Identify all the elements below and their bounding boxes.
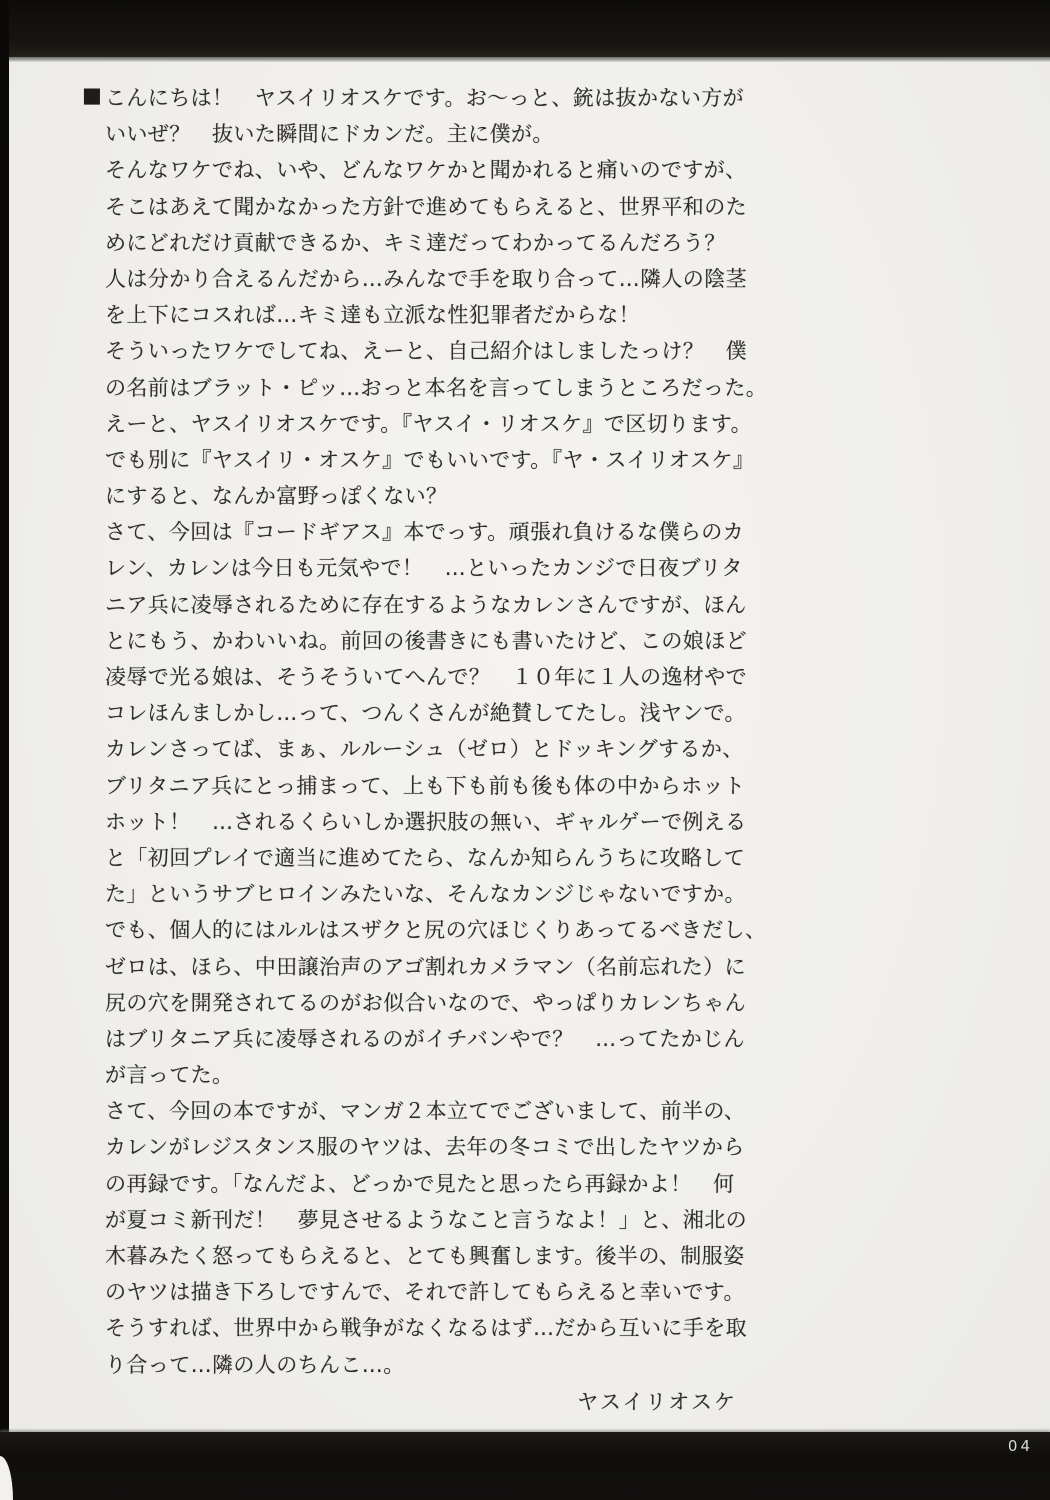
afterword-line: ニア兵に凌辱されるために存在するようなカレンさんですが、ほん xyxy=(105,587,755,623)
afterword-line: り合って…隣の人のちんこ…。 xyxy=(105,1347,755,1383)
afterword-line: と「初回プレイで適当に進めてたら、なんか知らんうちに攻略して xyxy=(105,840,755,876)
afterword-line: めにどれだけ貢献できるか、キミ達だってわかってるんだろう？ xyxy=(105,225,755,261)
afterword-line: を上下にコスれば…キミ達も立派な性犯罪者だからな！ xyxy=(105,297,755,333)
afterword-line: でも別に『ヤスイリ・オスケ』でもいいです。『ヤ・スイリオスケ』 xyxy=(105,442,755,478)
afterword-line: ブリタニア兵にとっ捕まって、上も下も前も後も体の中からホット xyxy=(105,768,755,804)
top-border-edge xyxy=(0,57,1050,62)
afterword-line: にすると、なんか富野っぽくない？ xyxy=(105,478,755,514)
afterword-line: ゼロは、ほら、中田譲治声のアゴ割れカメラマン（名前忘れた）に xyxy=(105,949,755,985)
afterword-line: えーと、ヤスイリオスケです。『ヤスイ・リオスケ』で区切ります。 xyxy=(105,406,755,442)
top-border-bar xyxy=(0,0,1050,57)
afterword-line: こんにちは！ ヤスイリオスケです。お～っと、銃は抜かない方が xyxy=(105,80,755,116)
author-signature: ヤスイリオスケ xyxy=(105,1386,737,1416)
afterword-line: 尻の穴を開発されてるのがお似合いなので、やっぱりカレンちゃん xyxy=(105,985,755,1021)
afterword-line: そうすれば、世界中から戦争がなくなるはず…だから互いに手を取 xyxy=(105,1310,755,1346)
afterword-lines: こんにちは！ ヤスイリオスケです。お～っと、銃は抜かない方がいいぜ？ 抜いた瞬間… xyxy=(105,80,755,1383)
page-number: 04 xyxy=(1008,1437,1033,1455)
afterword-line: はブリタニア兵に凌辱されるのがイチバンやで？ …ってたかじん xyxy=(105,1021,755,1057)
afterword-line: カレンさってば、まぁ、ルルーシュ（ゼロ）とドッキングするか、 xyxy=(105,731,755,767)
afterword-line: が夏コミ新刊だ！ 夢見させるようなこと言うなよ！」と、湘北の xyxy=(105,1202,755,1238)
afterword-line: そういったワケでしてね、えーと、自己紹介はしましたっけ？ 僕 xyxy=(105,333,755,369)
afterword-line: さて、今回の本ですが、マンガ２本立てでございまして、前半の、 xyxy=(105,1093,755,1129)
afterword-line: の名前はブラット・ピッ…おっと本名を言ってしまうところだった。 xyxy=(105,370,755,406)
afterword-line: た」というサブヒロインみたいな、そんなカンジじゃないですか。 xyxy=(105,876,755,912)
afterword-line: 人は分かり合えるんだから…みんなで手を取り合って…隣人の陰茎 xyxy=(105,261,755,297)
left-border-strip xyxy=(0,0,9,1500)
afterword-line: 凌辱で光る娘は、そうそういてへんで？ １０年に１人の逸材やで xyxy=(105,659,755,695)
bottom-border-bar: 04 xyxy=(0,1432,1050,1500)
afterword-line: レン、カレンは今日も元気やで！ …といったカンジで日夜ブリタ xyxy=(105,550,755,586)
afterword-line: のヤツは描き下ろしですんで、それで許してもらえると幸いです。 xyxy=(105,1274,755,1310)
afterword-line: さて、今回は『コードギアス』本でっす。頑張れ負けるな僕らのカ xyxy=(105,514,755,550)
afterword-line: とにもう、かわいいね。前回の後書きにも書いたけど、この娘ほど xyxy=(105,623,755,659)
afterword-line: カレンがレジスタンス服のヤツは、去年の冬コミで出したヤツから xyxy=(105,1129,755,1165)
afterword-line: でも、個人的にはルルはスザクと尻の穴ほじくりあってるべきだし、 xyxy=(105,912,755,948)
afterword-line: コレほんましかし…って、つんくさんが絶賛してたし。浅ヤンで。 xyxy=(105,695,755,731)
afterword-line: 木暮みたく怒ってもらえると、とても興奮します。後半の、制服姿 xyxy=(105,1238,755,1274)
afterword-line: ホット！ …されるくらいしか選択肢の無い、ギャルゲーで例える xyxy=(105,804,755,840)
afterword-line: が言ってた。 xyxy=(105,1057,755,1093)
afterword-line: そこはあえて聞かなかった方針で進めてもらえると、世界平和のた xyxy=(105,189,755,225)
afterword-line: の再録です。「なんだよ、どっかで見たと思ったら再録かよ！ 何 xyxy=(105,1166,755,1202)
afterword-text-block: ■ こんにちは！ ヤスイリオスケです。お～っと、銃は抜かない方がいいぜ？ 抜いた… xyxy=(105,80,755,1383)
afterword-line: そんなワケでね、いや、どんなワケかと聞かれると痛いのですが、 xyxy=(105,152,755,188)
section-bullet-icon: ■ xyxy=(82,85,102,106)
afterword-line: いいぜ？ 抜いた瞬間にドカンだ。主に僕が。 xyxy=(105,116,755,152)
doujinshi-afterword-page: ■ こんにちは！ ヤスイリオスケです。お～っと、銃は抜かない方がいいぜ？ 抜いた… xyxy=(0,0,1050,1500)
